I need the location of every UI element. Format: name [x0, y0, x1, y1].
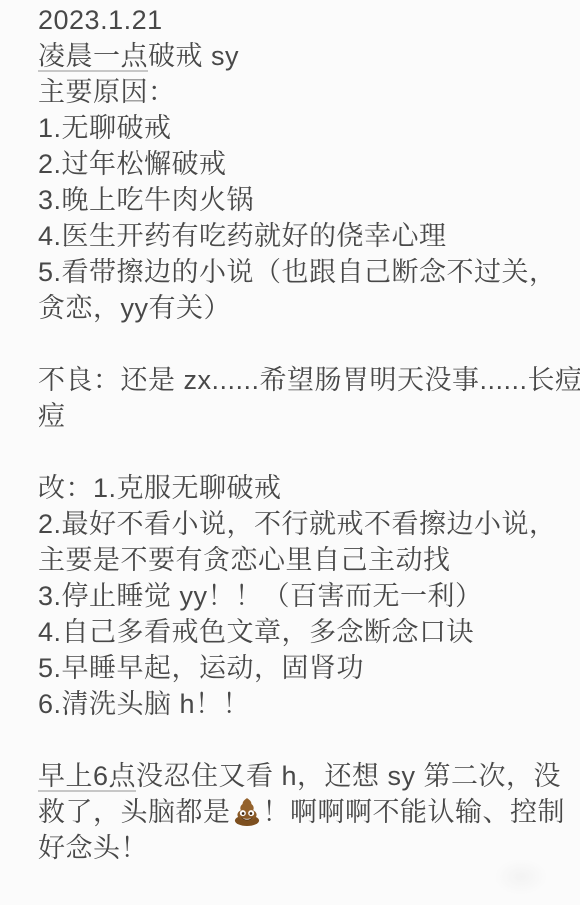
symptom-line: 不良：还是 zx......希望肠胃明天没事......长痘 [38, 362, 554, 398]
note-date-line: 2023.1.21 [38, 2, 554, 38]
poop-emoji-icon [232, 796, 262, 826]
fix-item-4: 4.自己多看戒色文章，多念断念口诀 [38, 614, 554, 650]
note-heading-causes: 主要原因： [38, 74, 554, 110]
symptom-line-wrap: 痘 [38, 398, 554, 434]
fix-item-5: 5.早睡早起，运动，固肾功 [38, 650, 554, 686]
underlined-phrase: 凌晨一点 [38, 41, 148, 71]
fix-item-6: 6.清洗头脑 h！！ [38, 686, 554, 722]
note-line-text: ！啊啊啊不能认输、控制 [263, 797, 566, 827]
relapse-line-end: 好念头！ [38, 830, 554, 866]
fix-item-2-wrap: 主要是不要有贪恋心里自己主动找 [38, 542, 554, 578]
underlined-phrase: 早上6点 [38, 761, 136, 791]
cause-item-5-wrap: 贪恋，yy有关） [38, 290, 554, 326]
cause-item-5: 5.看带擦边的小说（也跟自己断念不过关， [38, 254, 554, 290]
note-line-text: 破戒 sy [148, 41, 239, 71]
relapse-line-wrap: 救了，头脑都是！啊啊啊不能认输、控制 [38, 794, 554, 830]
watermark-smudge [496, 860, 546, 894]
note-line: 凌晨一点破戒 sy [38, 38, 554, 74]
cause-item-1: 1.无聊破戒 [38, 110, 554, 146]
cause-item-4: 4.医生开药有吃药就好的侥幸心理 [38, 218, 554, 254]
fix-item-3: 3.停止睡觉 yy！！（百害而无一利） [38, 578, 554, 614]
note-page: 2023.1.21 凌晨一点破戒 sy 主要原因： 1.无聊破戒 2.过年松懈破… [0, 0, 580, 905]
note-line-text: 没忍住又看 h，还想 sy 第二次，没 [136, 761, 561, 791]
cause-item-3: 3.晚上吃牛肉火锅 [38, 182, 554, 218]
fix-item-1: 改：1.克服无聊破戒 [38, 470, 554, 506]
blank-line [38, 434, 554, 470]
blank-line [38, 326, 554, 362]
blank-line [38, 722, 554, 758]
relapse-line: 早上6点没忍住又看 h，还想 sy 第二次，没 [38, 758, 554, 794]
fix-item-2: 2.最好不看小说，不行就戒不看擦边小说， [38, 506, 554, 542]
note-line-text: 救了，头脑都是 [38, 797, 231, 827]
cause-item-2: 2.过年松懈破戒 [38, 146, 554, 182]
